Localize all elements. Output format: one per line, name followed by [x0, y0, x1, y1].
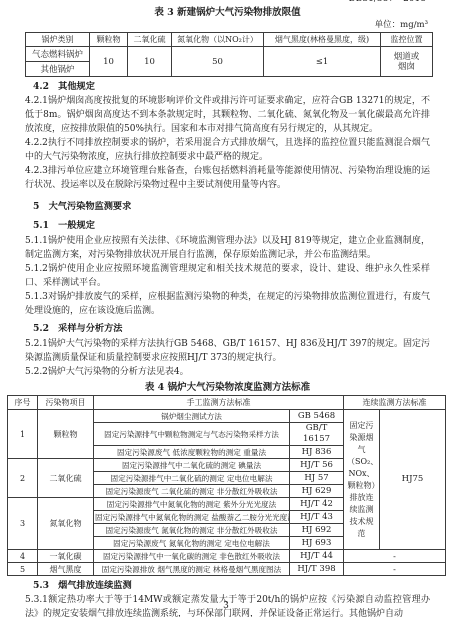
table4-pollutant-smoke: 烟气黑度 [38, 563, 94, 576]
table3-cell-position-value: 烟道或 烟囱 [381, 47, 433, 77]
paragraph-4-2-3: 4.2.3排污单位应建立环境管理台账备查，台账包括燃料消耗量等能源使用情况、污染… [25, 164, 430, 192]
method-name: 固定污染源排气中二氧化硫的测定 碘量法 [94, 459, 290, 472]
table4-header-continuous: 连续监测方法标准 [344, 396, 446, 410]
table3-cell-other-boiler: 其他锅炉 [26, 62, 90, 77]
table3-header-so2: 二氧化硫 [128, 33, 172, 47]
method-standard: HJ/T 398 [290, 563, 344, 576]
paragraph-5-1-3: 5.1.3对锅炉排放废气的采样，应根据监测污染物的种类，在规定的污染物排放监测位… [25, 290, 430, 318]
continuous-method-text: 固定污染源烟气（SO₂、NOx、颗粒物）排放连续监测技术规范 [344, 410, 380, 550]
table3-row-gas-boiler: 气态燃料锅炉 10 10 50 ≤1 烟道或 烟囱 [26, 47, 433, 62]
section-heading-5: 5 大气污染物监测要求 [33, 200, 430, 213]
table3-cell-pm-value: 10 [90, 47, 128, 77]
table3-header-nox: 氮氧化物（以NO₂计） [172, 33, 264, 47]
table3-title: 表 3 新建锅炉大气污染物排放限值 [25, 6, 430, 19]
table4-no-3: 3 [8, 498, 38, 550]
method-name: 固定污染源排气中二氧化硫的测定 定电位电解法 [94, 472, 290, 485]
method-name: 锅炉烟尘测试方法 [94, 410, 290, 423]
method-name: 固定污染源排气中颗粒物测定与气态污染物采样方法 [94, 423, 290, 446]
page-content: 表 3 新建锅炉大气污染物排放限值 单位：mg/m³ 锅炉类别 颗粒物 二氧化硫… [25, 6, 430, 617]
table-3-emission-limits: 锅炉类别 颗粒物 二氧化硫 氮氧化物（以NO₂计） 烟气黑度(林格曼黑度，级) … [25, 32, 433, 77]
table4-header-manual: 手工监测方法标准 [94, 396, 344, 410]
table4-title: 表 4 锅炉大气污染物浓度监测方法标准 [25, 381, 430, 394]
method-standard: HJ/T 42 [290, 498, 344, 511]
method-standard: HJ 629 [290, 485, 344, 498]
paragraph-4-2-1: 4.2.1锅炉烟囱高度按批复的环境影响评价文件或排污许可证要求确定，应符合GB … [25, 94, 430, 136]
table4-no-5: 5 [8, 563, 38, 576]
method-name: 固定污染源排气中氮氧化物的测定 盐酸萘乙二胺分光光度法 [94, 511, 290, 524]
method-name: 固定污染源排气中氮氧化物的测定 紫外分光光度法 [94, 498, 290, 511]
method-standard: HJ 693 [290, 537, 344, 550]
continuous-method-standard: HJ75 [380, 410, 446, 550]
doc-number: DB31/387—2018 [349, 0, 426, 4]
method-name: 固定污染源排气中一氧化碳的测定 非色散红外吸收法 [94, 550, 290, 563]
page-number: 3 [0, 601, 452, 612]
table4-header-row: 序号 污染物项目 手工监测方法标准 连续监测方法标准 [8, 396, 446, 410]
table4-header-pollutant: 污染物项目 [38, 396, 94, 410]
method-standard: HJ 57 [290, 472, 344, 485]
table4-no-2: 2 [8, 459, 38, 498]
method-name: 固定污染源排放 烟气黑度的测定 林格曼烟气黑度图法 [94, 563, 290, 576]
method-standard: HJ/T 43 [290, 511, 344, 524]
method-standard: HJ 692 [290, 524, 344, 537]
paragraph-5-2-2: 5.2.2锅炉大气污染物的分析方法见表4。 [25, 365, 430, 379]
method-standard: HJ/T 44 [290, 550, 344, 563]
paragraph-5-2-1: 5.2.1锅炉大气污染物的采样方法执行GB 5468、GB/T 16157、HJ… [25, 337, 430, 365]
section-heading-5-1: 5.1 一般规定 [33, 219, 430, 232]
table3-cell-nox-value: 50 [172, 47, 264, 77]
table3-header-smoke: 烟气黑度(林格曼黑度，级) [264, 33, 381, 47]
document-page: DB31/387—2018 表 3 新建锅炉大气污染物排放限值 单位：mg/m³… [0, 0, 452, 617]
table4-no-1: 1 [8, 410, 38, 459]
continuous-dash: - [344, 550, 446, 563]
section-heading-5-2: 5.2 采样与分析方法 [33, 322, 430, 335]
table4-no-4: 4 [8, 550, 38, 563]
section-heading-5-3: 5.3 烟气排放连续监测 [33, 579, 430, 592]
table3-unit-label: 单位：mg/m³ [25, 20, 430, 31]
table3-cell-smoke-value: ≤1 [264, 47, 381, 77]
method-name: 固定污染源废气 氮氧化物的测定 定电位电解法 [94, 537, 290, 550]
table4-pollutant-co: 一氧化碳 [38, 550, 94, 563]
paragraph-5-1-1: 5.1.1锅炉使用企业应按照有关法律、《环境监测管理办法》以及HJ 819等规定… [25, 234, 430, 262]
table4-pollutant-so2: 二氧化硫 [38, 459, 94, 498]
table3-header-pm: 颗粒物 [90, 33, 128, 47]
method-name: 固定污染源废气 二氧化硫的测定 非分散红外吸收法 [94, 485, 290, 498]
paragraph-4-2-2: 4.2.2执行不同排放控制要求的锅炉，若采用混合方式排放烟气，且选择的监控位置只… [25, 136, 430, 164]
table-row: 1 颗粒物 锅炉烟尘测试方法 GB 5468 固定污染源烟气（SO₂、NOx、颗… [8, 410, 446, 423]
method-standard: HJ 836 [290, 446, 344, 459]
method-name: 固定污染源废气 低浓度颗粒物的测定 重量法 [94, 446, 290, 459]
table-4-monitoring-methods: 序号 污染物项目 手工监测方法标准 连续监测方法标准 1 颗粒物 锅炉烟尘测试方… [7, 395, 446, 576]
method-name: 固定污染源废气 氮氧化物的测定 非分散红外吸收法 [94, 524, 290, 537]
section-heading-4-2: 4.2 其他规定 [33, 80, 430, 93]
table-row: 5 烟气黑度 固定污染源排放 烟气黑度的测定 林格曼烟气黑度图法 HJ/T 39… [8, 563, 446, 576]
table3-cell-so2-value: 10 [128, 47, 172, 77]
table4-pollutant-nox: 氮氧化物 [38, 498, 94, 550]
table3-header-category: 锅炉类别 [26, 33, 90, 47]
method-standard: GB 5468 [290, 410, 344, 423]
table4-header-no: 序号 [8, 396, 38, 410]
method-standard: GB/T 16157 [290, 423, 344, 446]
table-row: 4 一氧化碳 固定污染源排气中一氧化碳的测定 非色散红外吸收法 HJ/T 44 … [8, 550, 446, 563]
table3-header-position: 监控位置 [381, 33, 433, 47]
method-standard: HJ/T 56 [290, 459, 344, 472]
paragraph-5-1-2: 5.1.2锅炉使用企业应按照环境监测管理规定和相关技术规范的要求，设计、建设、维… [25, 262, 430, 290]
continuous-dash: - [344, 563, 446, 576]
table3-header-row: 锅炉类别 颗粒物 二氧化硫 氮氧化物（以NO₂计） 烟气黑度(林格曼黑度，级) … [26, 33, 433, 47]
table4-pollutant-pm: 颗粒物 [38, 410, 94, 459]
table3-cell-gas-boiler: 气态燃料锅炉 [26, 47, 90, 62]
